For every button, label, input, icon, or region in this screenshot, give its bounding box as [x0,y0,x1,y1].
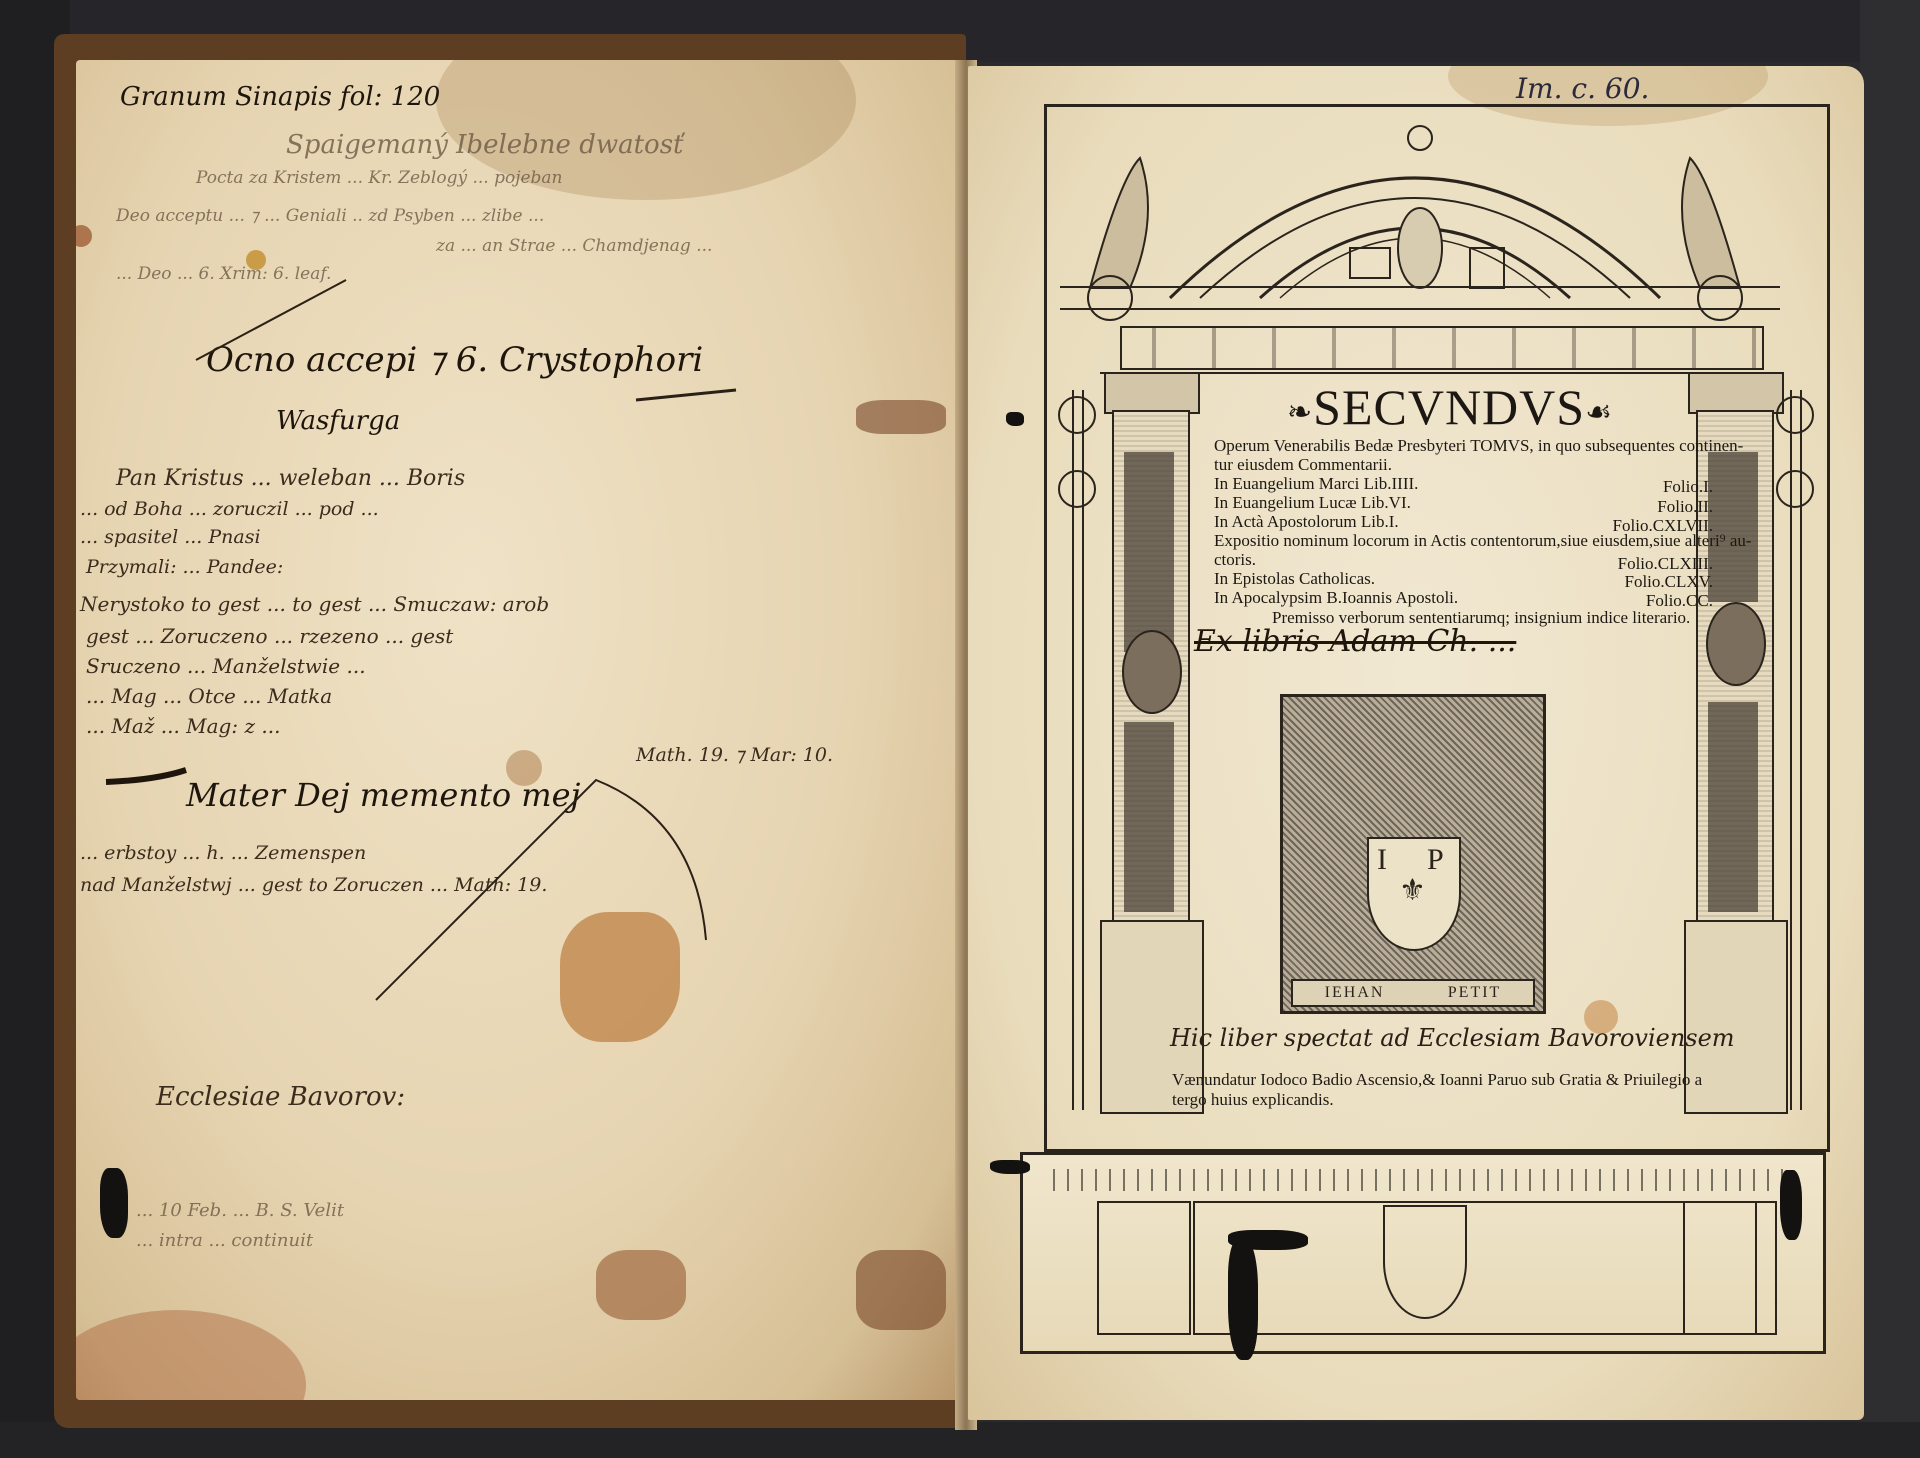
imprint-line: tergo huius explicandis. [1172,1090,1334,1109]
ink-blot [1228,1230,1308,1250]
contents-entry: In Apocalypsim B.Ioannis Apostoli. [1214,588,1458,607]
fleuron-icon: ☙ [1585,396,1613,429]
fleuron-icon: ❧ [1287,396,1313,429]
printer-device: I ⚜ P IEHAN PETIT [1280,694,1546,1014]
contents-entry: In Euangelium Marci Lib.IIII. [1214,474,1418,493]
ornament [1058,396,1096,434]
ownership-inscription: Hic liber spectat ad Ecclesiam Bavorovie… [1170,1024,1735,1052]
pen-flourishes [76,60,962,1400]
panel-compartment [1193,1201,1757,1335]
subtitle-line: Operum Venerabilis Bedæ Presbyteri TOMVS… [1214,436,1743,455]
zigzag-border [1053,1169,1793,1191]
contents-entry: Expositio nominum locorum in Actis conte… [1214,531,1752,550]
contents-entry: In Euangelium Lucæ Lib.VI. [1214,493,1411,512]
background-right [1860,0,1920,1458]
ink-blot [1228,1240,1258,1360]
left-flyleaf: Granum Sinapis fol: 120 Spaigemaný Ibele… [76,60,962,1400]
book-title: ❧SECVNDVS☙ [1240,378,1660,436]
portrait-medallion [1122,630,1182,714]
left-pillar-capital [1104,372,1200,414]
left-pillar [1112,410,1190,924]
ex-libris-inscription: Ex libris Adam Ch. ... [1194,624,1516,659]
ink-blot [1780,1170,1802,1240]
blank-shield [1383,1205,1467,1319]
shield-fleur-de-lis: I ⚜ P [1367,837,1461,951]
contents-entry: In Epistolas Catholicas. [1214,569,1375,588]
device-banner: IEHAN PETIT [1291,979,1535,1007]
fleur-de-lis-icon: ⚜ [1399,873,1426,908]
contents-folio: Folio.I. [1663,477,1713,497]
ink-blot [990,1160,1030,1174]
ornament [1058,470,1096,508]
contents-folio: Folio.II. [1657,497,1713,517]
subtitle-line: tur eiusdem Commentarii. [1214,455,1392,474]
contents-folio: Folio.CLXIII. [1618,554,1713,574]
panel-compartment [1683,1201,1777,1335]
contents-folio: Folio.CLXV. [1625,572,1714,592]
portrait-medallion [1706,602,1766,686]
contents-entry: In Actà Apostolorum Lib.I. [1214,512,1399,531]
panel-compartment [1097,1201,1191,1335]
ornament [1776,470,1814,508]
ornament [1776,396,1814,434]
bottom-woodcut-panel [1020,1152,1826,1354]
ink-blot [1006,412,1024,426]
contents-entry: ctoris. [1214,550,1256,569]
imprint-line: Vænundatur Iodoco Badio Ascensio,& Ioann… [1172,1070,1702,1089]
entablature [1060,286,1780,310]
entablature-base [1100,364,1780,374]
right-pillar-capital [1688,372,1784,414]
